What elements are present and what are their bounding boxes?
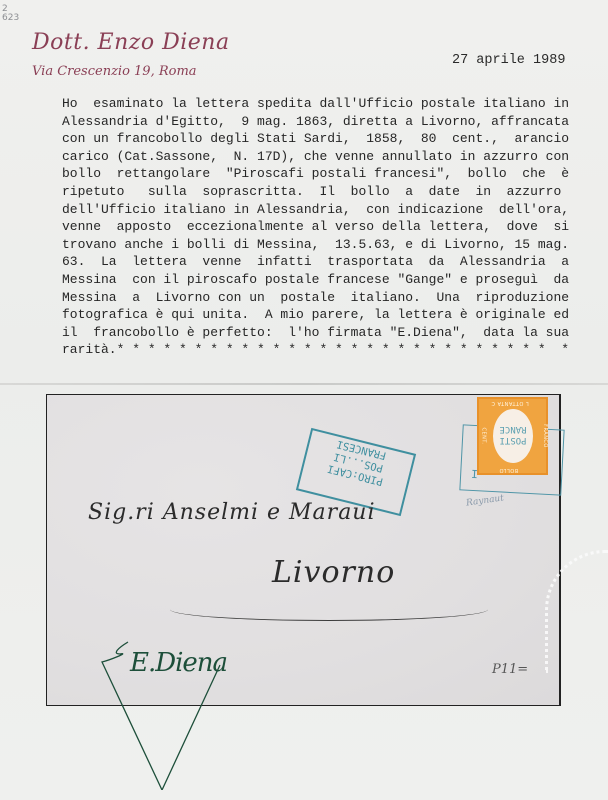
certificate-line: Messina con il piroscafo postale frances… [62, 271, 582, 289]
address-flourish [170, 598, 488, 621]
certificate-line: fotografica è qui unita. A mio parere, l… [62, 306, 582, 324]
certificate-line: 63. La lettera venne infatti trasportata… [62, 253, 582, 271]
certificate-line: venne apposto eccezionalmente al verso d… [62, 218, 582, 236]
stamp-frame-left: CENT. [480, 428, 486, 445]
expert-signature: E.Diena [130, 648, 227, 678]
price-mark: P11= [492, 662, 528, 677]
letterhead-name: Dott. Enzo Diena [32, 30, 230, 55]
letterhead-address: Via Crescenzio 19, Roma [32, 64, 197, 79]
certificate-line: Ho esaminato la lettera spedita dall'Uff… [62, 95, 582, 113]
certificate-line: carico (Cat.Sassone, N. 17D), che venne … [62, 148, 582, 166]
certificate-line: Alessandria d'Egitto, 9 mag. 1863, diret… [62, 113, 582, 131]
certificate-line: dell'Ufficio italiano in Alessandria, co… [62, 201, 582, 219]
pencil-reference-note: 2 623 [2, 5, 19, 23]
certificate-line: rarità.* * * * * * * * * * * * * * * * *… [62, 341, 582, 359]
stamp-cancel-text: POSTI RANCE [496, 423, 530, 445]
stamp-frame-top: L OTTANTA C [491, 400, 529, 406]
certificate-line: trovano anche i bolli di Messina, 13.5.6… [62, 236, 582, 254]
certificate-line: con un francobollo degli Stati Sardi, 18… [62, 130, 582, 148]
stamp-frame-right: FRANCO [542, 424, 548, 448]
cover-address-city: Livorno [272, 555, 395, 590]
cover-address-recipient: Sig.ri Anselmi e Maraui [88, 500, 376, 525]
certificate-line: Messina a Livorno con un postale italian… [62, 289, 582, 307]
certificate-line: il francobollo è perfetto: l'ho firmata … [62, 324, 582, 342]
certificate-date: 27 aprile 1989 [452, 53, 565, 68]
postage-stamp: L OTTANTA C BOLLO CENT. FRANCO POSTI RAN… [477, 397, 548, 475]
stamp-frame-bottom: BOLLO [499, 467, 518, 473]
certificate-page: 2 623 Dott. Enzo Diena Via Crescenzio 19… [0, 0, 608, 800]
certificate-line: bollo rettangolare "Piroscafi postali fr… [62, 165, 582, 183]
fold-line [0, 383, 608, 385]
certificate-line: ripetuto sulla soprascritta. Il bollo a … [62, 183, 582, 201]
certificate-body: Ho esaminato la lettera spedita dall'Uff… [62, 95, 582, 359]
